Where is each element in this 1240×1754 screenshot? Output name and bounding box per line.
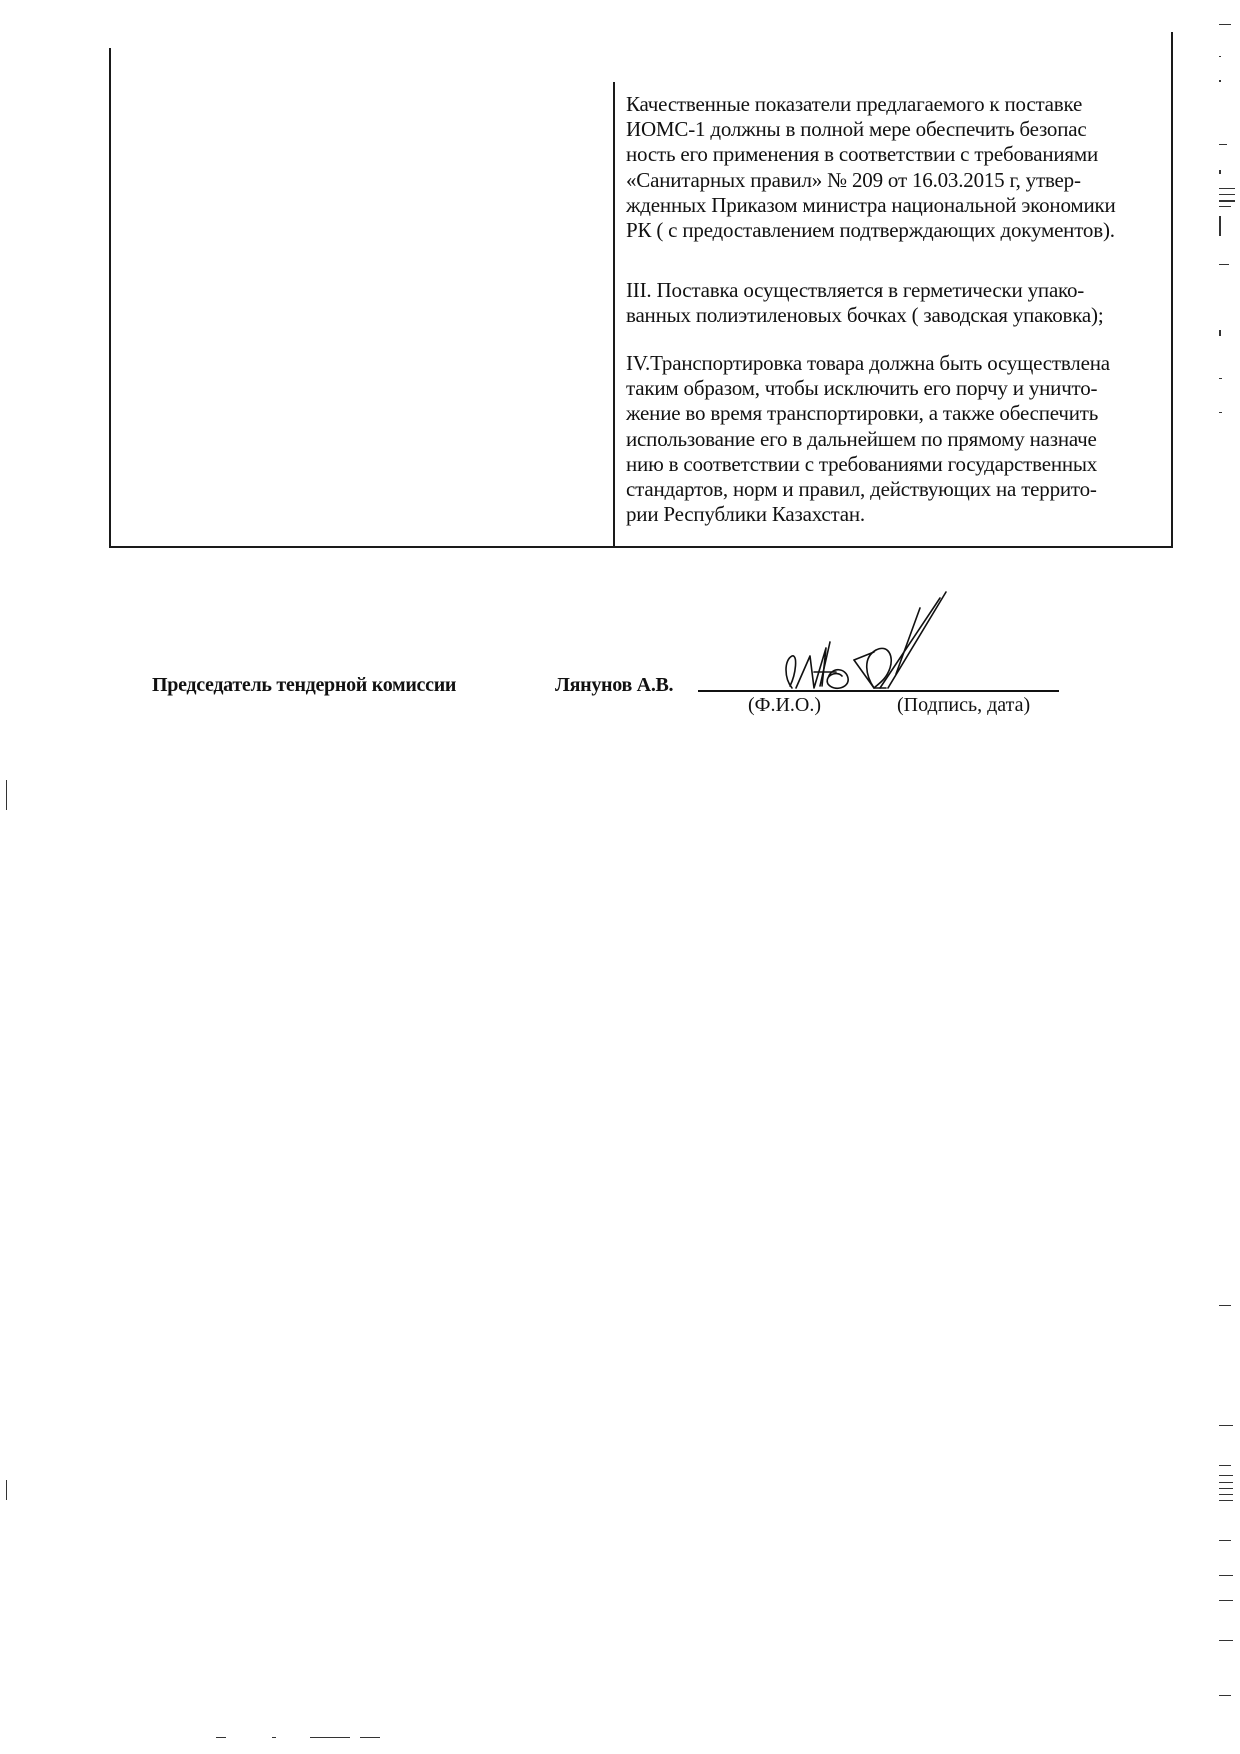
table-border-bottom <box>109 546 1173 548</box>
text-line: жение во время транспортировки, а также … <box>626 401 1166 426</box>
requirements-paragraph-transport: IV.Транспортировка товара должна быть ос… <box>626 351 1166 527</box>
text-line: ИОМС-1 должны в полной мере обеспечить б… <box>626 117 1166 142</box>
text-line: рии Республики Казахстан. <box>626 502 1166 527</box>
text-line: таким образом, чтобы исключить его порчу… <box>626 376 1166 401</box>
document-page: Качественные показатели предлагаемого к … <box>0 0 1240 1754</box>
handwritten-signature-icon <box>770 588 970 698</box>
text-line: IV.Транспортировка товара должна быть ос… <box>626 351 1166 376</box>
text-line: нию в соответствии с требованиями госуда… <box>626 452 1166 477</box>
text-line: Качественные показатели предлагаемого к … <box>626 92 1166 117</box>
text-line: жденных Приказом министра национальной э… <box>626 193 1166 218</box>
table-border-right <box>1171 32 1173 548</box>
table-column-divider <box>613 82 615 548</box>
signatory-title: Председатель тендерной комиссии <box>152 674 456 697</box>
requirements-paragraph-delivery: III. Поставка осуществляется в герметиче… <box>626 278 1166 328</box>
text-line: ность его применения в соответствии с тр… <box>626 142 1166 167</box>
text-line: стандартов, норм и правил, действующих н… <box>626 477 1166 502</box>
text-line: ванных полиэтиленовых бочках ( заводская… <box>626 303 1166 328</box>
text-line: РК ( с предоставлением подтверждающих до… <box>626 218 1166 243</box>
signatory-name: Лянунов А.В. <box>555 674 673 697</box>
text-line: использование его в дальнейшем по прямом… <box>626 427 1166 452</box>
text-line: «Санитарных правил» № 209 от 16.03.2015 … <box>626 168 1166 193</box>
text-line: III. Поставка осуществляется в герметиче… <box>626 278 1166 303</box>
table-border-left <box>109 48 111 548</box>
requirements-paragraph-quality: Качественные показатели предлагаемого к … <box>626 92 1166 243</box>
